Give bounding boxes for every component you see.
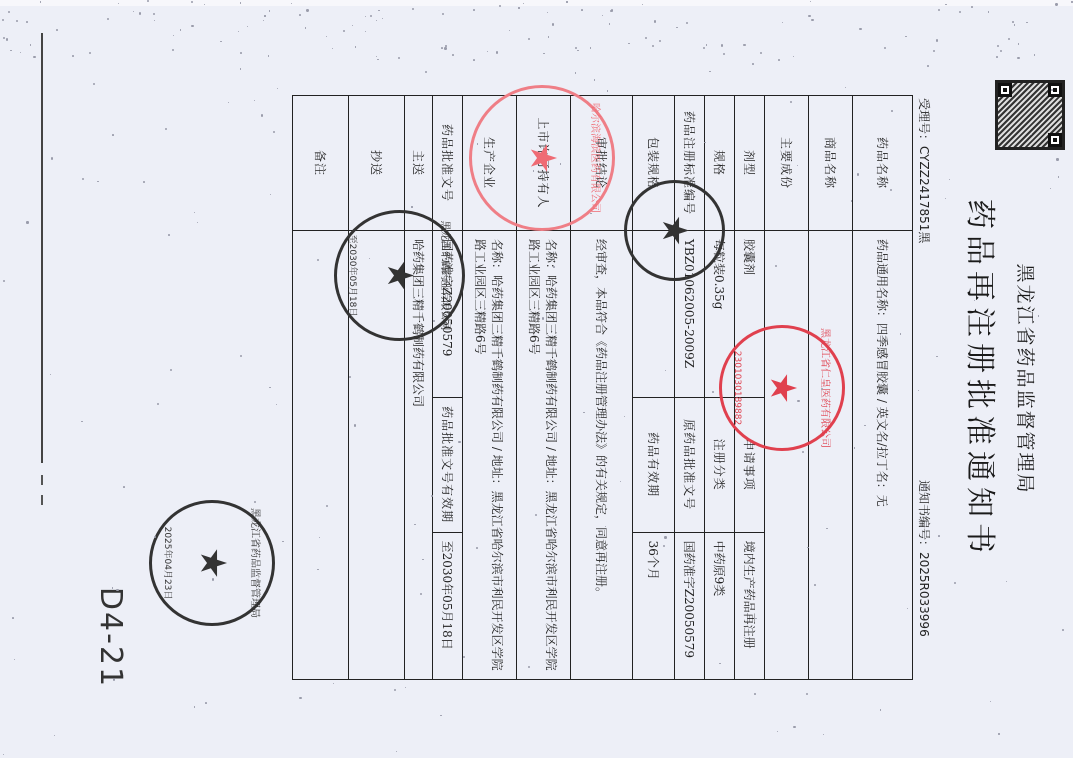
company-seal-haibin: 哈尔滨海滨医药有限公司 ★ [469, 85, 615, 231]
scan-noise [1012, 21, 1014, 23]
agency-name: 黑龙江省药品监督管理局 [1013, 0, 1040, 758]
scan-noise [890, 189, 892, 191]
star-icon: ★ [194, 547, 230, 579]
scan-noise [398, 57, 400, 59]
scan-noise [712, 391, 714, 393]
scan-noise [354, 424, 356, 426]
scan-noise [518, 7, 519, 8]
scan-noise [228, 102, 229, 103]
scan-noise [441, 47, 443, 49]
company-seal-renhuang: 黑龙江省仁皇医药有限公司 ★ 2301030189882 [719, 325, 845, 451]
scan-noise [6, 38, 8, 40]
scan-noise [1008, 38, 1010, 40]
scan-noise [1000, 50, 1002, 52]
scan-noise [220, 41, 221, 42]
scan-noise [548, 36, 549, 37]
scan-noise [264, 15, 265, 16]
scan-noise [240, 52, 242, 54]
serial-number: 受理号：CYZZ2417851黑 [916, 98, 933, 243]
scan-noise [752, 63, 754, 65]
scan-noise [116, 589, 118, 591]
scan-noise [1056, 158, 1058, 160]
scan-noise [528, 38, 530, 40]
scan-noise [933, 50, 935, 52]
table-row: 主送哈药集团三精千鹤制药有限公司 [405, 96, 433, 680]
scan-noise [240, 355, 242, 357]
star-icon: ★ [524, 142, 560, 174]
scan-noise [147, 0, 149, 2]
table-row: 药品名称药品通用名称：四季感冒胶囊 / 英文名/拉丁名：无 [853, 96, 913, 680]
scan-noise [487, 51, 488, 52]
scan-noise [927, 65, 929, 67]
scan-noise [998, 733, 999, 734]
scan-noise [276, 404, 277, 405]
scan-noise [56, 29, 58, 31]
scan-noise [14, 659, 15, 660]
scan-noise [778, 59, 780, 61]
scan-noise [686, 22, 688, 24]
scan-noise [299, 697, 301, 699]
scan-noise [194, 212, 195, 213]
scan-noise [938, 535, 940, 537]
scan-noise [1062, 629, 1064, 631]
scan-noise [1050, 188, 1051, 189]
scan-noise [378, 10, 379, 11]
scan-noise [238, 31, 239, 32]
scan-noise [154, 536, 156, 538]
scan-noise [628, 43, 629, 44]
scan-noise [463, 656, 465, 658]
scan-noise [814, 584, 816, 586]
scan-noise [797, 400, 799, 402]
scan-noise [542, 317, 544, 319]
star-icon: ★ [764, 372, 800, 404]
scan-noise [473, 9, 475, 11]
scan-noise [808, 15, 810, 17]
scan-noise [112, 134, 114, 136]
scan-noise [566, 1, 567, 2]
scan-noise [654, 20, 656, 22]
scan-noise [72, 55, 74, 57]
table-row: 抄送 [349, 96, 405, 680]
company-seal-qianhe: 黑龙江千鹤药业有限公司 ★ 至2030年05月18日 [334, 210, 465, 341]
star-icon: ★ [382, 259, 418, 291]
agency-seal: 黑龙江省药品监督管理局 ★ 2025年04月23日 [149, 500, 275, 626]
scan-noise [663, 545, 665, 547]
scan-noise [139, 12, 141, 14]
scan-noise [172, 49, 174, 51]
scan-noise [923, 485, 925, 487]
scan-noise [1058, 176, 1059, 177]
table-row: 备注 [293, 96, 349, 680]
scan-noise [607, 90, 608, 91]
scan-noise [452, 54, 454, 56]
star-icon: ★ [657, 214, 693, 246]
scan-noise [859, 28, 861, 30]
scan-noise [157, 403, 159, 405]
scan-noise [782, 22, 783, 23]
scan-noise [755, 618, 757, 620]
scan-noise [444, 47, 446, 49]
scan-noise [664, 536, 666, 538]
scan-noise [382, 18, 383, 19]
scan-noise [93, 83, 95, 85]
scan-noise [168, 234, 170, 236]
scan-noise [204, 4, 205, 5]
scan-noise [936, 356, 938, 358]
scan-noise [959, 11, 961, 13]
scan-noise [706, 44, 707, 45]
scan-noise [12, 617, 14, 619]
scan-noise [793, 726, 795, 728]
scan-noise [153, 13, 155, 15]
scan-noise [191, 25, 193, 27]
scan-noise [273, 131, 275, 133]
company-seal-sanjing: ★ [624, 180, 725, 281]
scan-noise [845, 87, 846, 88]
scan-noise [16, 20, 18, 22]
scanned-page: 黑龙江省药品监督管理局 药品再注册批准通知书 受理号：CYZZ2417851黑 … [0, 0, 1073, 758]
scan-noise [533, 170, 534, 171]
scan-noise [240, 2, 242, 4]
table-row: 药品批准文号国药准字Z20050579药品批准文号有效期至2030年05月18日 [433, 96, 463, 680]
scan-noise [377, 59, 378, 60]
scan-noise [1051, 89, 1053, 91]
scan-noise [305, 27, 307, 29]
scan-noise [299, 14, 301, 16]
scan-noise [212, 578, 214, 580]
scan-noise [411, 206, 412, 207]
scan-noise [477, 143, 478, 144]
scan-noise [414, 524, 415, 525]
scan-noise [396, 751, 397, 752]
scan-noise [754, 693, 756, 695]
scan-noise [581, 9, 583, 11]
scan-noise [370, 15, 372, 17]
scan-noise [523, 3, 524, 4]
scan-noise [1026, 22, 1027, 23]
scan-noise [30, 44, 31, 45]
scan-noise [306, 9, 308, 11]
scan-noise [971, 6, 973, 8]
scan-noise [996, 56, 998, 58]
scan-noise [431, 495, 433, 497]
scan-noise [806, 693, 808, 695]
scan-noise [420, 593, 422, 595]
scan-noise [1055, 3, 1057, 5]
scan-noise [821, 388, 823, 390]
notice-number: 通知书编号：2025R033996 [916, 480, 933, 637]
scan-noise [1024, 380, 1026, 382]
scan-noise [877, 392, 878, 393]
scan-noise [107, 18, 109, 20]
scan-noise [180, 29, 181, 30]
scan-noise [1014, 24, 1015, 25]
scan-noise [907, 608, 908, 609]
scan-noise [422, 559, 423, 560]
document-title: 药品再注册批准通知书 [961, 0, 1005, 758]
scan-noise [645, 37, 647, 39]
scan-noise [624, 416, 625, 417]
scan-noise [1017, 57, 1019, 59]
handwritten-note: D4-21 [93, 587, 128, 688]
scan-noise [51, 157, 53, 159]
scan-noise [826, 528, 827, 529]
scan-noise [26, 221, 28, 223]
rotated-document: 黑龙江省药品监督管理局 药品再注册批准通知书 受理号：CYZZ2417851黑 … [2, 0, 1073, 758]
scan-noise [760, 52, 762, 54]
scan-noise [113, 678, 115, 680]
scan-noise [553, 266, 555, 268]
scan-noise [605, 526, 606, 527]
scan-noise [166, 529, 167, 530]
scan-noise [496, 51, 498, 53]
scan-noise [938, 9, 940, 11]
scan-noise [936, 39, 938, 41]
